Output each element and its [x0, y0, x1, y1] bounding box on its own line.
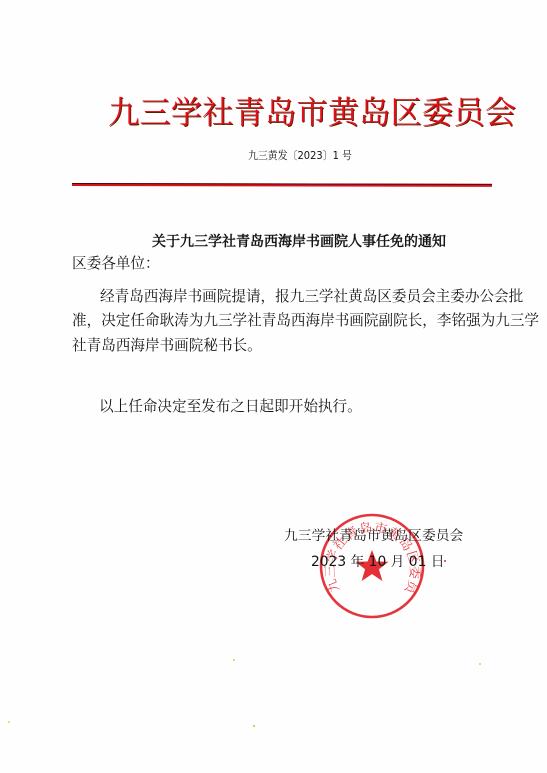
red-divider-line: [72, 183, 492, 187]
notice-title: 关于九三学社青岛西海岸书画院人事任免的通知: [152, 233, 446, 251]
document-number: 九三黄发〔2023〕1 号: [248, 148, 352, 164]
scan-speck: [8, 721, 10, 723]
scan-speck: [253, 725, 255, 727]
signature-date: 2023 年 10 月 01 日: [311, 553, 445, 571]
document-page: 九三学社青岛市黄岛区委员会 九三黄发〔2023〕1 号 关于九三学社青岛西海岸书…: [0, 0, 547, 773]
body-paragraph-line: 经青岛西海岸书画院提请，报九三学社黄岛区委员会主委办公会批: [100, 288, 523, 306]
closing-statement: 以上任命决定至发布之日起即开始执行。: [99, 398, 362, 416]
body-paragraph-line: 准，决定任命耿涛为九三学社青岛西海岸书画院副院长，李铭强为九三学: [72, 312, 539, 330]
body-paragraph-line: 社青岛西海岸书画院秘书长。: [72, 337, 262, 355]
org-title: 九三学社青岛市黄岛区委员会: [108, 88, 516, 138]
scan-speck: [233, 659, 235, 661]
signature-organization: 九三学社青岛市黄岛区委员会: [284, 527, 463, 545]
salutation: 区委各单位：: [72, 255, 160, 273]
scan-speck: [479, 663, 481, 665]
